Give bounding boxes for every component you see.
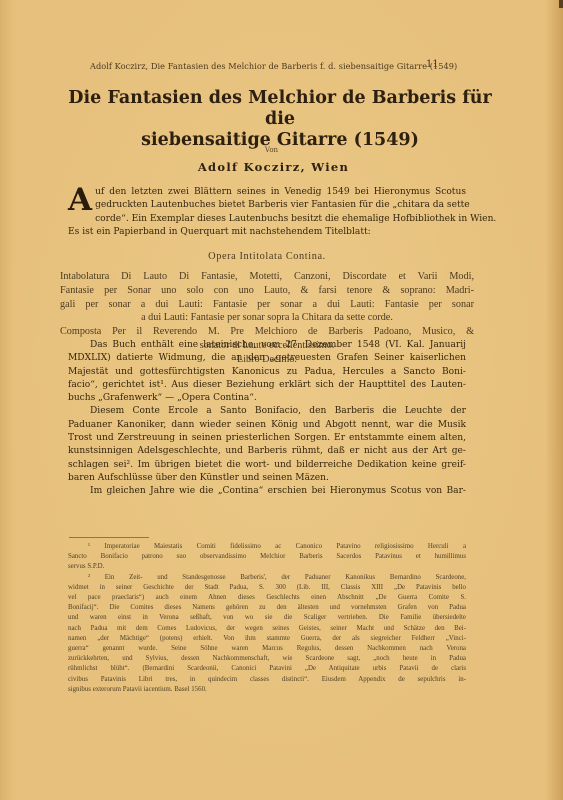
byline-author: Adolf Koczirz, Wien	[0, 160, 555, 174]
text-line: Composta Per il Reverendo M. Pre Melchio…	[60, 325, 474, 339]
footnote-line: Sancto Bonifacio patrono suo observandis…	[68, 552, 466, 562]
footnote-line: und waren einst in Verona seßhaft, von w…	[68, 613, 466, 623]
running-head: Adolf Koczirz, Die Fantasien des Melchio…	[90, 61, 476, 71]
footnote-line: vel pace praeclaris“) auch einem Ahnen d…	[68, 593, 466, 603]
text-line: Majestät und gottesfürchtigsten Kanonicu…	[68, 366, 466, 379]
text-line: gali per sonar a dui Lauti: Fantasie per…	[60, 298, 474, 312]
text-line: Fantasie per Sonar uno solo con uno Laut…	[60, 284, 474, 298]
byline-von: Von	[0, 146, 553, 154]
page-number: 11	[426, 59, 439, 70]
footnote-line: servus S.P.D.	[68, 562, 466, 572]
drop-cap: A	[68, 187, 92, 213]
footnote-line: namen „der Mächtige“ (potens) erhielt. V…	[68, 634, 466, 644]
text-line: buchs „Grafenwerk“ — „Opera Contina“.	[68, 392, 466, 405]
title-line-1: Die Fantasien des Melchior de Barberis f…	[60, 88, 500, 130]
footnote-2: ² Ein Zeit- und Standesgenosse Barberis'…	[68, 573, 466, 695]
intro-paragraph: A uf den letzten zwei Blättern seines in…	[68, 186, 466, 239]
footnote-line: widmet in seiner Geschichte der Stadt Pa…	[68, 583, 466, 593]
text-line: baren Aufschlüsse über den Künstler und …	[68, 472, 466, 485]
text-line: Paduaner Kanoniker, dann wieder seinen K…	[68, 419, 466, 432]
text-line: Im gleichen Jahre wie die „Contina“ ersc…	[68, 485, 466, 498]
scanned-page: Adolf Koczirz, Die Fantasien des Melchio…	[0, 0, 563, 800]
title-page-heading: Opera Intitolata Contina.	[60, 251, 474, 262]
text-line: MDXLIX) datierte Widmung, die an den „ge…	[68, 352, 466, 365]
text-line: Das Buch enthält eine lateinische, vom 2…	[68, 339, 466, 352]
footnote-line: rühmlichst blüht“. (Bernardini Scardeoni…	[68, 664, 466, 674]
text-line: Diesem Conte Ercole a Santo Bonifacio, d…	[68, 405, 466, 418]
footnotes: ¹ Imperatoriae Maiestatis Comiti fidelis…	[68, 542, 466, 695]
text-line: facio“, gerichtet ist¹. Aus dieser Bezie…	[68, 379, 466, 392]
text-line: Es ist ein Papierband in Querquart mit n…	[68, 226, 466, 239]
article-title: Die Fantasien des Melchior de Barberis f…	[60, 88, 500, 151]
footnote-line: civibus Patavinis Libri tres, in quindec…	[68, 675, 466, 685]
text-line: Trost und Zerstreuung in seinen priester…	[68, 432, 466, 445]
footnote-1: ¹ Imperatoriae Maiestatis Comiti fidelis…	[68, 542, 466, 573]
footnote-line: ² Ein Zeit- und Standesgenosse Barberis'…	[68, 573, 466, 583]
footnote-divider	[69, 537, 149, 538]
body-text: Das Buch enthält eine lateinische, vom 2…	[68, 339, 466, 499]
footnote-line: nach Padua mit dem Comes Ludovicus, der …	[68, 624, 466, 634]
text-line: schlagen sei². Im übrigen bietet die wor…	[68, 459, 466, 472]
footnote-line: signibus exterorum Patavii iacentium. Ba…	[68, 685, 466, 695]
footnote-line: guerra“ genannt wurde. Seine Söhne waren…	[68, 644, 466, 654]
text-line: Intabolatura Di Lauto Di Fantasie, Motet…	[60, 270, 474, 284]
text-line: kunstsinnigen Adelsgeschlechte, und Barb…	[68, 445, 466, 458]
text-line: gedruckten Lautenbuches bietet Barberis …	[68, 199, 466, 212]
footnote-line: ¹ Imperatoriae Maiestatis Comiti fidelis…	[68, 542, 466, 552]
text-line: a dui Lauti: Fantasie per sonar sopra la…	[60, 311, 474, 325]
text-line: uf den letzten zwei Blättern seines in V…	[68, 186, 466, 199]
page-edge-mark	[559, 0, 563, 8]
footnote-line: zurückkehrten, und Sylvius, dessen Nachk…	[68, 654, 466, 664]
text-line: corde“. Ein Exemplar dieses Lautenbuchs …	[68, 213, 466, 226]
footnote-line: Bonifacij“. Die Comites dieses Namens ge…	[68, 603, 466, 613]
